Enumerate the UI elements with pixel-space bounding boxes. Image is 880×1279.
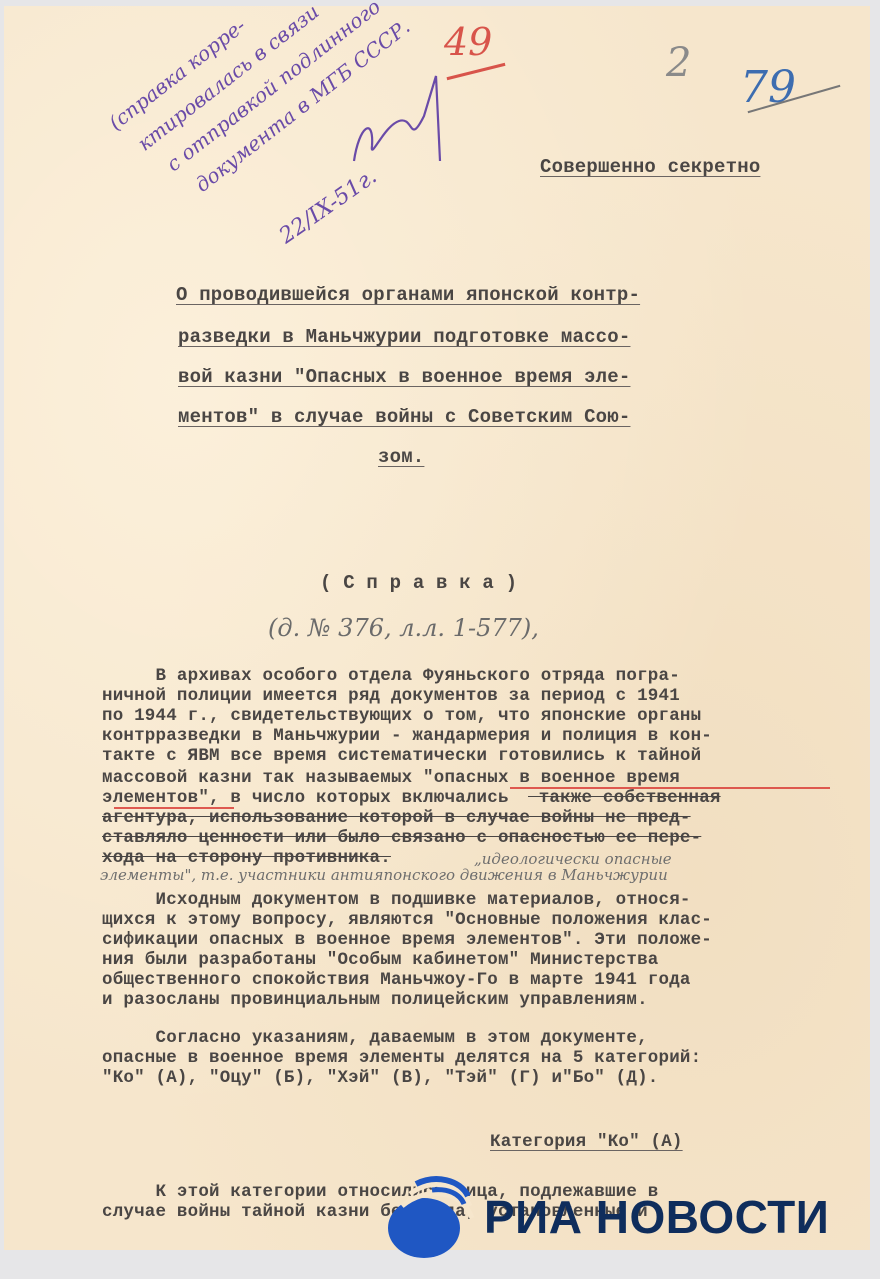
pencil-number: 2 (666, 40, 691, 86)
signature-icon (344, 66, 454, 176)
doc-type: ( С п р а в к а ) (320, 572, 517, 594)
note-date: 22/IX-51г. (275, 164, 382, 249)
red-underline (447, 63, 506, 80)
ria-novosti-watermark: РИА НОВОСТИ (386, 1176, 856, 1260)
ria-logo-text: РИА НОВОСТИ (484, 1190, 829, 1244)
document-page: (справка корре- ктировалась в связи с от… (4, 6, 870, 1250)
section-heading: Категория "Ко" (А) (490, 1132, 683, 1152)
red-underline (510, 787, 830, 789)
classification-label: Совершенно секретно (540, 156, 760, 178)
red-page-number: 49 (444, 20, 492, 64)
red-underline (114, 807, 234, 809)
file-reference: (д. № 376, л.л. 1-577), (268, 614, 539, 642)
handwritten-insert: элементы", т.е. участники антияпонского … (100, 866, 668, 884)
ria-globe-icon (386, 1176, 476, 1260)
